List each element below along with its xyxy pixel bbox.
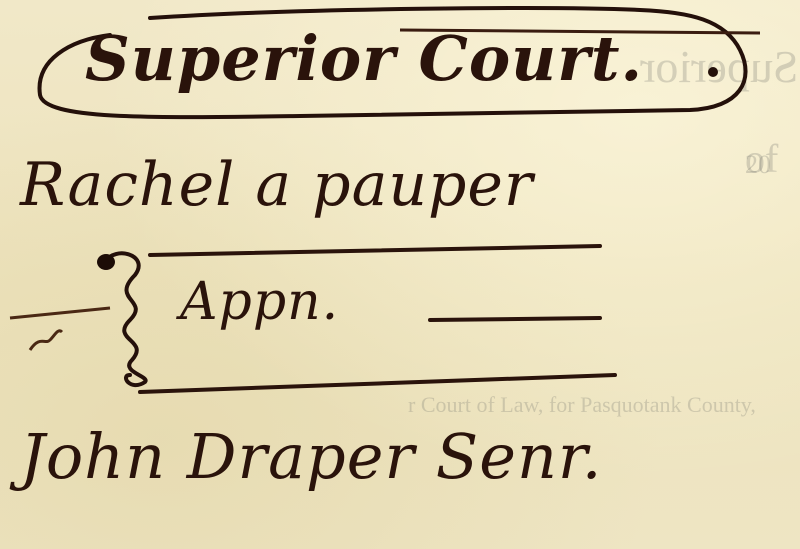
plaintiff-name: Rachel a pauper bbox=[20, 150, 534, 220]
court-name: Superior Court. bbox=[85, 22, 643, 95]
brace-squiggle bbox=[105, 253, 146, 385]
rule-top bbox=[150, 246, 600, 255]
vs-line bbox=[10, 308, 110, 318]
brace-label: Appn. bbox=[180, 272, 339, 332]
document-page: Superior of r Court of Law, for Pasquota… bbox=[0, 0, 800, 549]
defendant-name: John Draper Senr. bbox=[20, 420, 602, 493]
rule-bottom bbox=[140, 375, 615, 392]
vs-mark bbox=[30, 331, 62, 350]
rule-dash bbox=[430, 318, 600, 320]
court-period bbox=[708, 67, 718, 77]
